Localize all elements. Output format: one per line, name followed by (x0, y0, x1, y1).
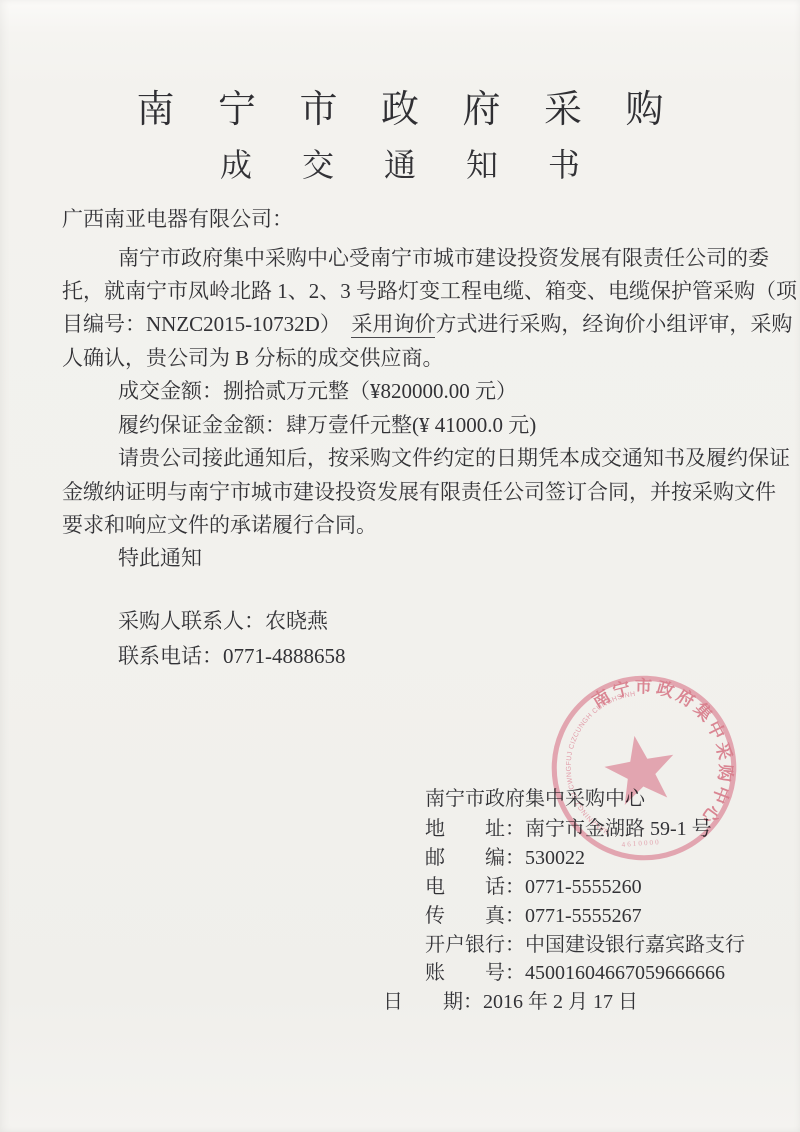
addressee-line: 广西南亚电器有限公司： (62, 207, 752, 231)
body-line: 目编号：NNZC2015-10732D） 采用询价方式进行采购，经询价小组评审，… (62, 312, 752, 336)
seal-serial-number: 4610000 (621, 838, 661, 849)
page-title: 南 宁 市 政 府 采 购 (0, 78, 800, 133)
official-seal: NANZNINGZ SI CWNGFUJ CIZCUNGH CUNGHSINH … (539, 663, 750, 874)
star-icon (603, 735, 674, 807)
body-line: 要求和响应文件的承诺履行合同。 (62, 513, 752, 537)
body-line: 托，就南宁市凤岭北路 1、2、3 号路灯变工程电缆、箱变、电缆保护管采购（项 (62, 279, 752, 303)
signature-date-line: 日 期：2016 年 2 月 17 日 (383, 990, 638, 1014)
contact-phone-line: 联系电话：0771-4888658 (62, 644, 800, 668)
scanned-procurement-notice-page: 南 宁 市 政 府 采 购 成 交 通 知 书 广西南亚电器有限公司： 南宁市政… (0, 0, 800, 1132)
signature-bank-line: 开户银行：中国建设银行嘉宾路支行 (425, 933, 745, 957)
signature-phone-line: 电 话：0771-5555260 (425, 875, 642, 899)
deal-amount-line: 成交金额：捌拾贰万元整（¥820000.00 元） (62, 379, 800, 403)
project-number-text: 目编号：NNZC2015-10732D） (62, 312, 351, 336)
body-text: 方式进行采购，经询价小组评审，采购 (435, 312, 792, 336)
body-line: 金缴纳证明与南宁市城市建设投资发展有限责任公司签订合同，并按采购文件 (62, 480, 752, 504)
page-subtitle: 成 交 通 知 书 (0, 140, 800, 186)
signature-fax-line: 传 真：0771-5555267 (425, 904, 642, 928)
svg-text:南宁市政府集中采购中心: 南宁市政府集中采购中心 (584, 674, 739, 830)
performance-bond-line: 履约保证金金额：肆万壹仟元整(¥ 41000.0 元) (62, 413, 800, 437)
seal-chinese-text: 南宁市政府集中采购中心 (584, 674, 739, 830)
contact-person-line: 采购人联系人：农晓燕 (62, 609, 800, 633)
procurement-method-underlined: 采用询价 (351, 312, 435, 338)
signature-account-line: 账 号：45001604667059666666 (425, 961, 725, 985)
body-line: 南宁市政府集中采购中心受南宁市城市建设投资发展有限责任公司的委 (62, 246, 800, 270)
body-line: 请贵公司接此通知后，按采购文件约定的日期凭本成交通知书及履约保证 (62, 446, 800, 470)
body-line: 人确认，贵公司为 B 分标的成交供应商。 (62, 346, 752, 370)
closing-line: 特此通知 (62, 546, 800, 570)
